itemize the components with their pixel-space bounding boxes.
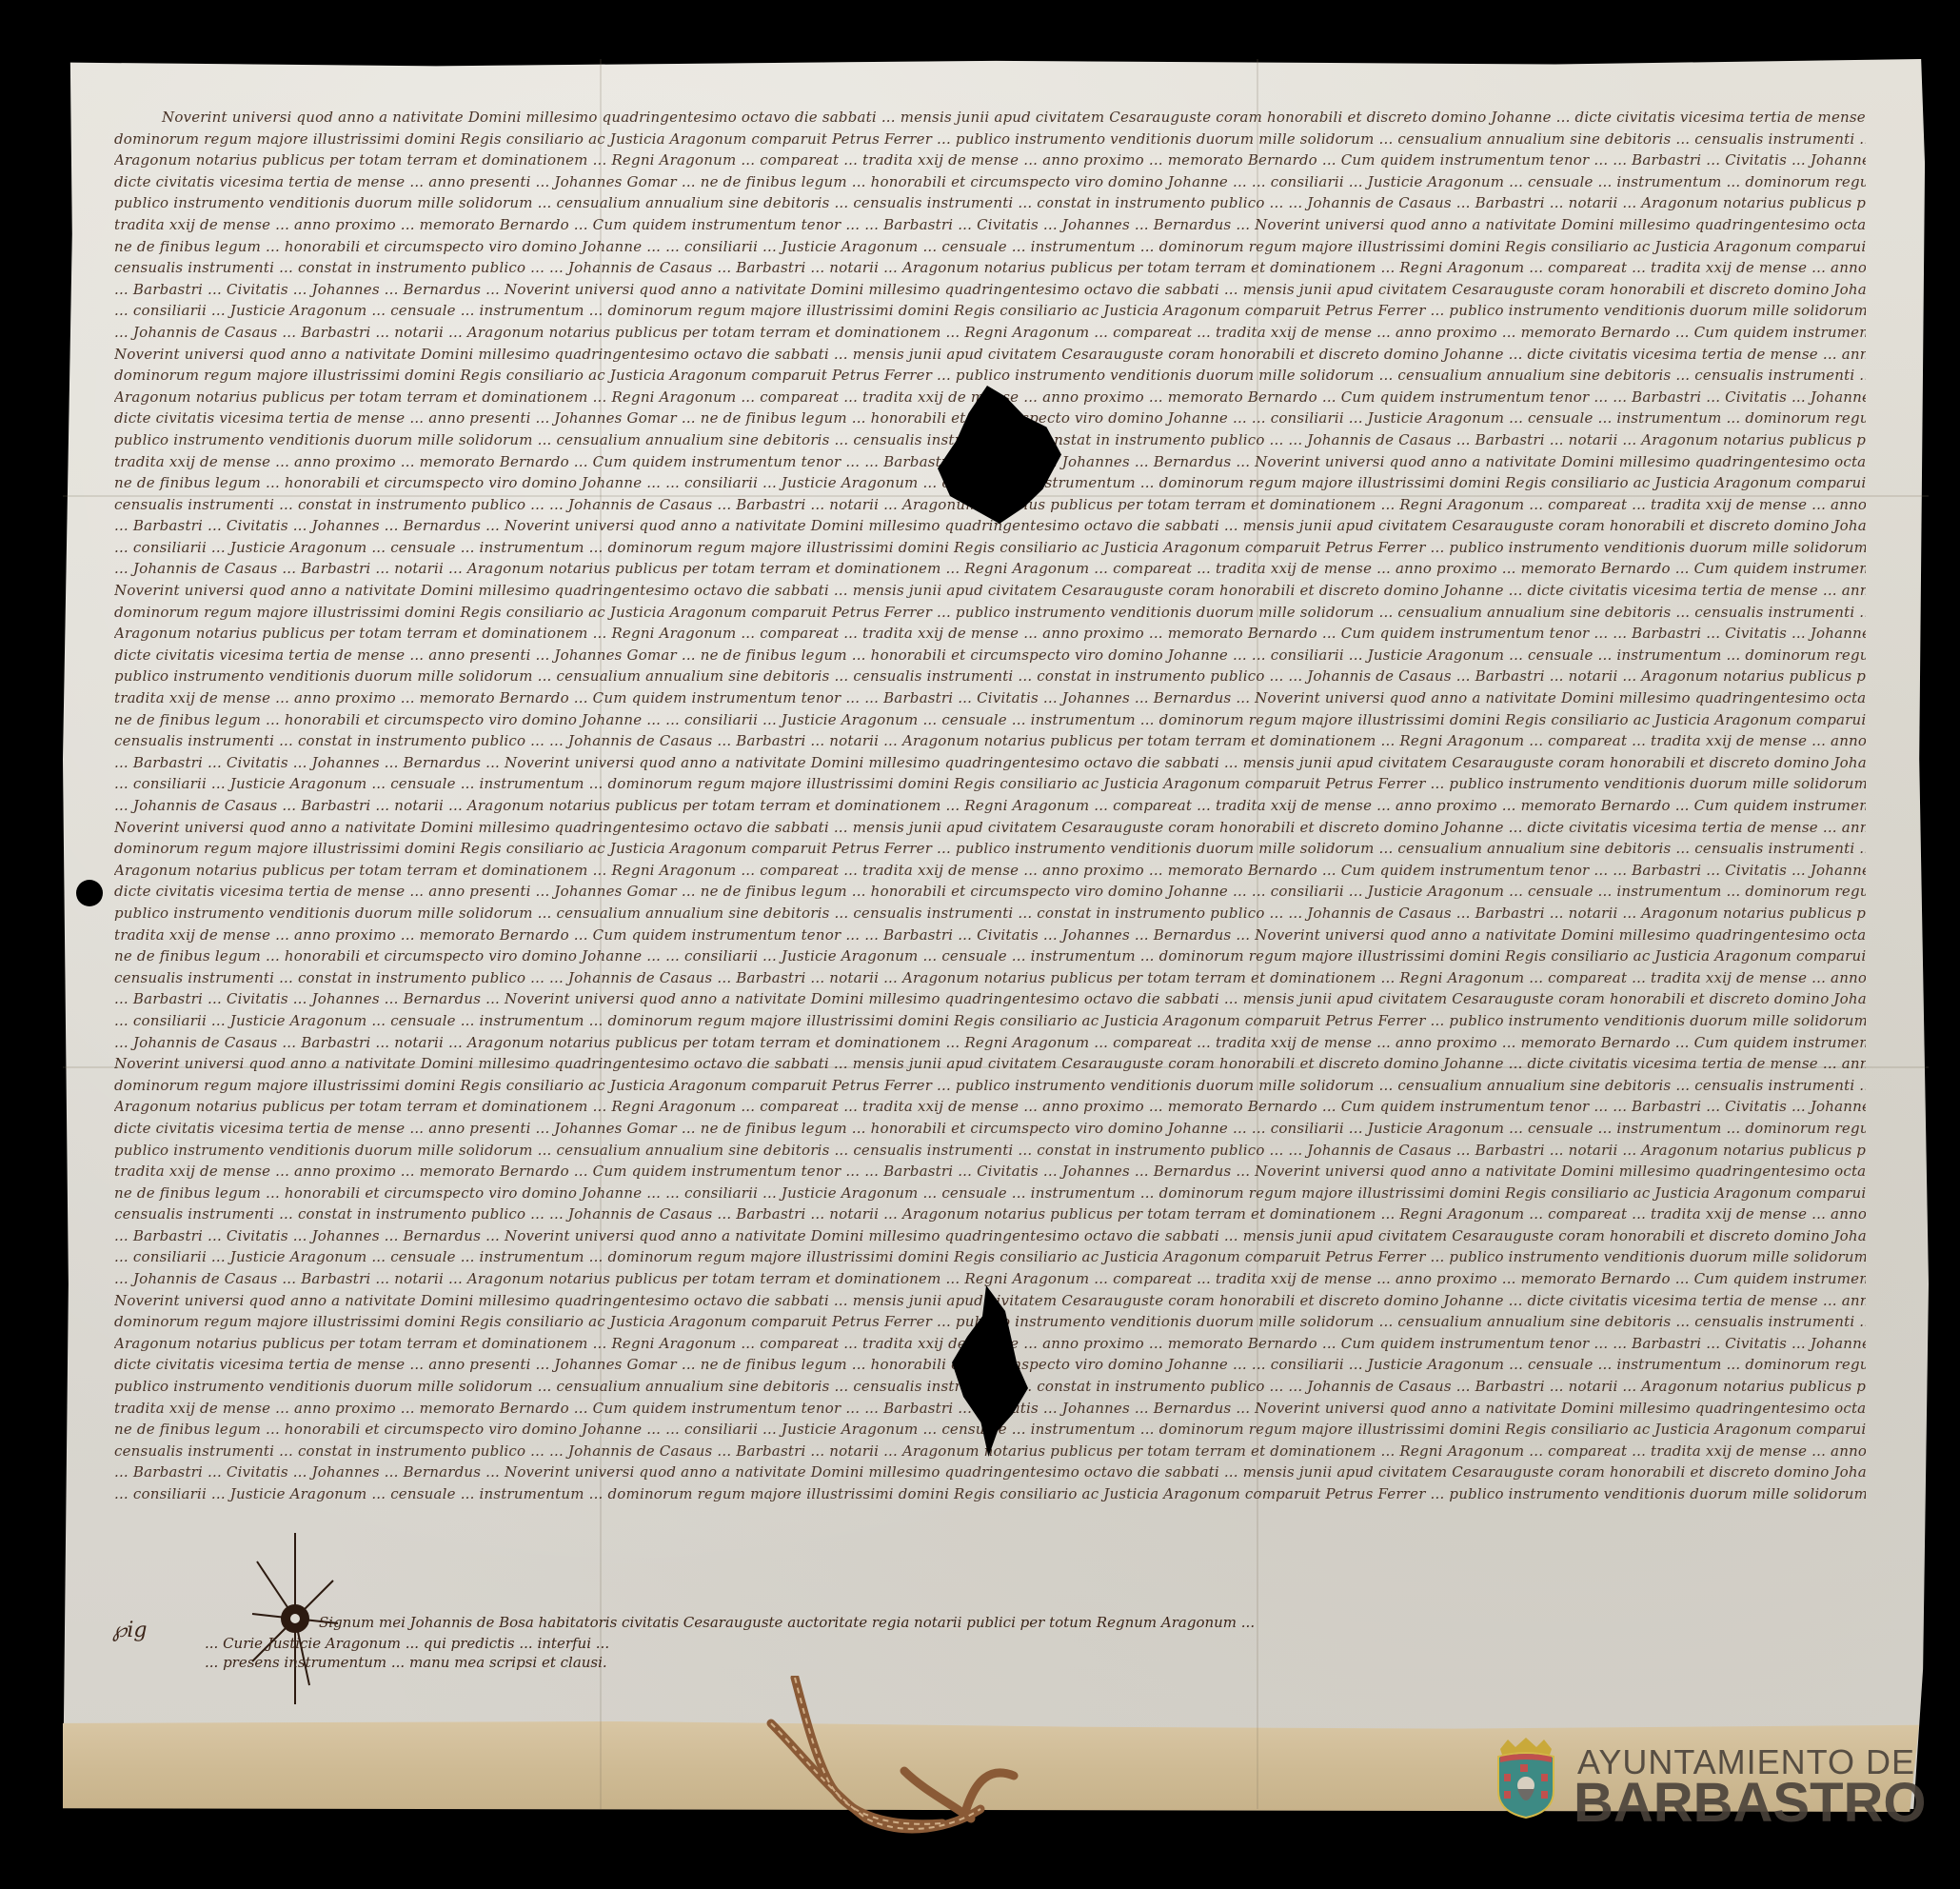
charter-text-line: ... Barbastri ... Civitatis ... Johannes… <box>114 279 1866 301</box>
charter-text-line: dicte civitatis vicesima tertia de mense… <box>114 881 1866 903</box>
charter-text-line: dominorum regum majore illustrissimi dom… <box>114 365 1866 387</box>
charter-text-line: ... Barbastri ... Civitatis ... Johannes… <box>114 1461 1866 1483</box>
subscription-line-3: ... presens instrumentum ... manu mea sc… <box>205 1654 607 1671</box>
charter-text-line: dicte civitatis vicesima tertia de mense… <box>114 171 1866 193</box>
subscription-line-2: ... Curie Justicie Aragonum ... qui pred… <box>205 1635 609 1652</box>
charter-text-line: publico instrumento venditionis duorum m… <box>114 1140 1866 1162</box>
charter-text-line: ... consiliarii ... Justicie Aragonum ..… <box>114 300 1866 322</box>
charter-text-line: Aragonum notarius publicus per totam ter… <box>114 1096 1866 1118</box>
charter-text-line: Noverint universi quod anno a nativitate… <box>114 1053 1866 1075</box>
charter-text-line: ne de finibus legum ... honorabili et ci… <box>114 236 1866 258</box>
parchment-hole-edge <box>55 343 69 371</box>
charter-text-line: ... consiliarii ... Justicie Aragonum ..… <box>114 1483 1866 1505</box>
charter-text-line: Aragonum notarius publicus per totam ter… <box>114 149 1866 171</box>
charter-text-line: censualis instrumenti ... constat in ins… <box>114 730 1866 752</box>
charter-text-line: dicte civitatis vicesima tertia de mense… <box>114 645 1866 666</box>
charter-text-line: Noverint universi quod anno a nativitate… <box>114 580 1866 602</box>
signum-mark: ℘ig <box>112 1619 147 1642</box>
charter-text-line: Aragonum notarius publicus per totam ter… <box>114 623 1866 645</box>
charter-text-line: censualis instrumenti ... constat in ins… <box>114 1203 1866 1225</box>
charter-text-line: dicte civitatis vicesima tertia de mense… <box>114 1118 1866 1140</box>
charter-text-line: tradita xxij de mense ... anno proximo .… <box>114 214 1866 236</box>
charter-text-line: tradita xxij de mense ... anno proximo .… <box>114 687 1866 709</box>
charter-text-line: censualis instrumenti ... constat in ins… <box>114 967 1866 989</box>
charter-text-line: ne de finibus legum ... honorabili et ci… <box>114 709 1866 731</box>
charter-text-line: dominorum regum majore illustrissimi dom… <box>114 1075 1866 1097</box>
charter-text-line: ... Barbastri ... Civitatis ... Johannes… <box>114 515 1866 537</box>
charter-text-line: ... consiliarii ... Justicie Aragonum ..… <box>114 537 1866 559</box>
charter-text-line: ... consiliarii ... Justicie Aragonum ..… <box>114 773 1866 795</box>
charter-text-line: ... Barbastri ... Civitatis ... Johannes… <box>114 988 1866 1010</box>
charter-text-line: Noverint universi quod anno a nativitate… <box>114 817 1866 839</box>
charter-text-line: ... Johannis de Casaus ... Barbastri ...… <box>114 322 1866 344</box>
charter-text-line: ... Barbastri ... Civitatis ... Johannes… <box>114 1225 1866 1247</box>
charter-text-line: dominorum regum majore illustrissimi dom… <box>114 838 1866 860</box>
charter-text-line: Noverint universi quod anno a nativitate… <box>114 107 1866 129</box>
charter-text-line: Noverint universi quod anno a nativitate… <box>114 344 1866 366</box>
charter-text-line: publico instrumento venditionis duorum m… <box>114 903 1866 925</box>
charter-text-line: ... consiliarii ... Justicie Aragonum ..… <box>114 1010 1866 1032</box>
charter-text-line: ... Barbastri ... Civitatis ... Johannes… <box>114 752 1866 774</box>
charter-text-line: dominorum regum majore illustrissimi dom… <box>114 602 1866 624</box>
charter-text-line: publico instrumento venditionis duorum m… <box>114 192 1866 214</box>
charter-text-line: publico instrumento venditionis duorum m… <box>114 666 1866 687</box>
charter-text-line: tradita xxij de mense ... anno proximo .… <box>114 925 1866 946</box>
watermark-line-2: BARBASTRO <box>1574 1776 1927 1831</box>
charter-text-line: tradita xxij de mense ... anno proximo .… <box>114 1161 1866 1183</box>
charter-text-line: dominorum regum majore illustrissimi dom… <box>114 129 1866 150</box>
subscription-line-1: Signum mei Johannis de Bosa habitatoris … <box>319 1614 1255 1631</box>
parchment-hole-left <box>76 880 103 906</box>
charter-text-line: ... consiliarii ... Justicie Aragonum ..… <box>114 1246 1866 1268</box>
charter-text-line: ... Johannis de Casaus ... Barbastri ...… <box>114 795 1866 817</box>
barbastro-coat-of-arms-icon <box>1493 1736 1559 1819</box>
charter-text-line: ... Johannis de Casaus ... Barbastri ...… <box>114 1032 1866 1054</box>
seal-cord-icon <box>762 1676 1047 1847</box>
charter-text-line: Aragonum notarius publicus per totam ter… <box>114 860 1866 882</box>
charter-text-line: ... Johannis de Casaus ... Barbastri ...… <box>114 1268 1866 1290</box>
charter-text-line: ne de finibus legum ... honorabili et ci… <box>114 945 1866 967</box>
charter-text-line: ... Johannis de Casaus ... Barbastri ...… <box>114 558 1866 580</box>
charter-text-line: ne de finibus legum ... honorabili et ci… <box>114 1183 1866 1204</box>
charter-text-line: censualis instrumenti ... constat in ins… <box>114 257 1866 279</box>
